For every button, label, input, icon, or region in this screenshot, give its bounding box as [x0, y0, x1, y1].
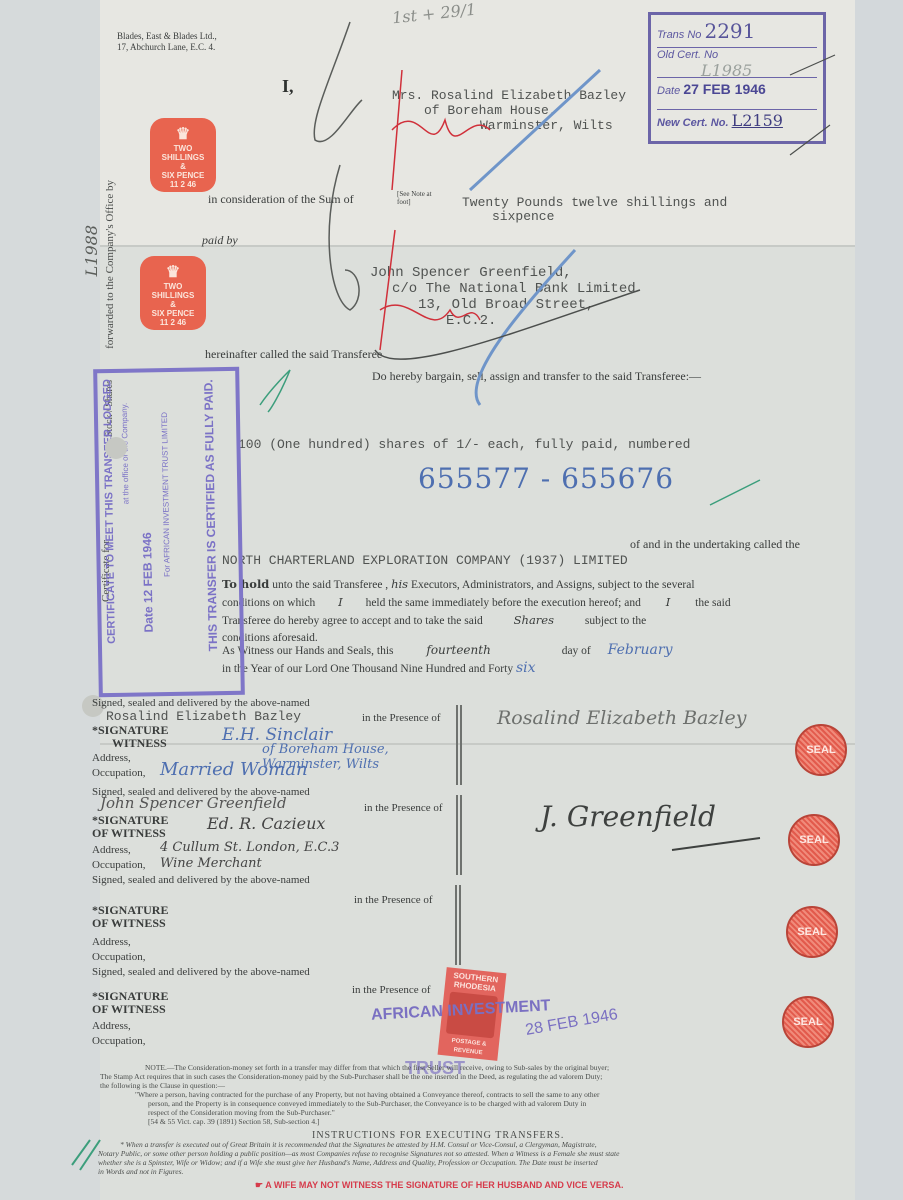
consideration-label: in consideration of the Sum of [208, 192, 354, 207]
column-divider [460, 795, 462, 875]
registration-date: 27 FEB 1946 [683, 81, 766, 97]
transferee-name: John Spencer Greenfield, [370, 265, 636, 281]
stamp-act-note: NOTE.—The Consideration-money set forth … [100, 1063, 830, 1126]
transferee-address2: 13, Old Broad Street, [370, 297, 636, 313]
registration-stamp: Trans No 2291 Old Cert. No L1985 Date 27… [648, 12, 826, 144]
instructions-l1: * When a transfer is executed out of Gre… [98, 1140, 828, 1149]
duty-stamp-line4: SIX PENCE [150, 171, 216, 180]
witness-label: WITNESS [92, 737, 168, 750]
occupation-label: Occupation, [92, 767, 145, 779]
seal-4: SEAL [782, 996, 834, 1048]
duty-stamp-line3: & [140, 300, 206, 309]
to-hold-text: held the same immediately before the exe… [366, 597, 641, 609]
paid-by-label: paid by [202, 233, 238, 248]
to-hold-text: the said [695, 597, 730, 609]
signed-label: Signed, sealed and delivered by the abov… [92, 697, 472, 709]
witness-label: OF WITNESS [92, 827, 168, 840]
note-p2: the following is the Clause in question:… [100, 1081, 830, 1090]
transferee-address3: E.C.2. [370, 313, 636, 329]
column-divider [456, 795, 458, 875]
duty-stamp-2: ♛ TWO SHILLINGS & SIX PENCE 11 2 46 [140, 256, 206, 330]
consideration-amount: Twenty Pounds twelve shillings and sixpe… [462, 196, 727, 224]
signature-block-1: Signed, sealed and delivered by the abov… [92, 697, 472, 709]
seal-3: SEAL [786, 906, 838, 958]
party-name: John Spencer Greenfield [100, 794, 287, 812]
duty-stamp-line2: SHILLINGS [140, 291, 206, 300]
signed-label: Signed, sealed and delivered by the abov… [92, 966, 310, 978]
note-q4: [54 & 55 Vict. cap. 39 (1891) Section 58… [100, 1117, 830, 1126]
witness-label: OF WITNESS [92, 1003, 168, 1016]
to-hold-line2: conditions on which I held the same imme… [222, 594, 822, 612]
date-row: Date 27 FEB 1946 [657, 81, 817, 110]
old-cert-label: Old Cert. No [657, 49, 817, 61]
duty-stamp-line1: TWO [140, 282, 206, 291]
hand-i: I [644, 595, 693, 609]
date-label: Date [657, 85, 680, 97]
address-label: Address, [92, 844, 131, 856]
cert-stamp-line4: For AFRICAN INVESTMENT TRUST LIMITED [160, 412, 172, 577]
presence-label: in the Presence of [352, 984, 431, 996]
presence-label: in the Presence of [362, 712, 441, 724]
certification-stamp: CERTIFICATE TO MEET THIS TRANSFER LODGED… [93, 367, 245, 697]
to-hold-line3: Transferee do hereby agree to accept and… [222, 612, 822, 630]
seal-1: SEAL [795, 724, 847, 776]
to-hold-paragraph: To hold unto the said Transferee , his E… [222, 576, 822, 647]
witness-text: day of [524, 645, 591, 657]
share-numbers: 655577 - 655676 [418, 462, 674, 495]
signed-label: Signed, sealed and delivered by the abov… [92, 874, 310, 886]
instructions-text: * When a transfer is executed out of Gre… [98, 1140, 828, 1176]
occupation-label: Occupation, [92, 951, 145, 963]
new-cert-label: New Cert. No. [657, 117, 729, 129]
column-divider [459, 885, 461, 965]
note-p1: The Stamp Act requires that in such case… [100, 1072, 830, 1081]
trans-no-value: 2291 [704, 19, 755, 43]
warning-line: ☛ A WIFE MAY NOT WITNESS THE SIGNATURE O… [255, 1180, 623, 1191]
hand-i: I [318, 595, 363, 609]
hand-day: fourteenth [396, 643, 520, 657]
old-cert-value: L1985 [701, 61, 752, 80]
shares-line: 100 (One hundred) shares of 1/- each, fu… [238, 437, 690, 452]
witness-clause: As Witness our Hands and Seals, this fou… [222, 642, 822, 678]
witness-line2: in the Year of our Lord One Thousand Nin… [222, 660, 822, 678]
column-divider [455, 885, 457, 965]
hand-his: his [391, 577, 408, 591]
hand-year: six [516, 660, 536, 676]
party-name: Rosalind Elizabeth Bazley [106, 709, 301, 724]
old-cert-row: Old Cert. No L1985 [657, 49, 817, 78]
duty-stamp-date: 11 2 46 [150, 180, 216, 189]
undertaking-text: of and in the undertaking called the [630, 537, 800, 552]
transferor-name: Mrs. Rosalind Elizabeth Bazley [392, 88, 626, 103]
pencil-ref: L1988 [82, 225, 101, 276]
witness-occupation: Married Woman [160, 759, 308, 780]
witness-text: in the Year of our Lord One Thousand Nin… [222, 663, 513, 675]
duty-stamp-line4: SIX PENCE [140, 309, 206, 318]
initial-mark: I, [282, 76, 294, 97]
to-hold-text: subject to the [585, 615, 646, 627]
transferor-block: Mrs. Rosalind Elizabeth Bazley of Boreha… [392, 88, 626, 133]
address-label: Address, [92, 1020, 131, 1032]
crown-icon: ♛ [150, 126, 216, 144]
fold-line [100, 743, 855, 745]
witness-signature: Ed. R. Cazieux [207, 814, 325, 833]
occupation-label: Occupation, [92, 859, 145, 871]
instructions-l4: in Words and not in Figures. [98, 1167, 828, 1176]
trans-no-label: Trans No [657, 29, 701, 41]
new-cert-row: New Cert. No. L2159 [657, 111, 817, 139]
duty-stamp-line3: & [150, 162, 216, 171]
duty-stamp-line2: SHILLINGS [150, 153, 216, 162]
address-label: Address, [92, 936, 131, 948]
company-name: NORTH CHARTERLAND EXPLORATION COMPANY (1… [222, 553, 628, 568]
cert-stamp-line1: CERTIFICATE TO MEET THIS TRANSFER LODGED [101, 379, 118, 644]
forwarded-label: forwarded to the Company's Office by [104, 180, 116, 349]
to-hold-text: Executors, Administrators, and Assigns, … [411, 579, 695, 591]
column-divider [456, 705, 458, 785]
hereinafter-text: hereinafter called the said Transferee [205, 347, 382, 362]
note-q2: person, and the Property is in consequen… [100, 1099, 830, 1108]
signature-block-2: Signed, sealed and delivered by the abov… [92, 786, 472, 798]
punch-hole [105, 437, 127, 459]
hand-shares: Shares [486, 613, 582, 627]
party-signature-2: J. Greenfield [540, 800, 716, 833]
to-hold-text: unto the said Transferee , [272, 579, 388, 591]
to-hold-line1: To hold unto the said Transferee , his E… [222, 576, 822, 594]
pointing-hand-icon: ☛ [255, 1180, 265, 1190]
transferee-block: John Spencer Greenfield, c/o The Nationa… [370, 265, 636, 329]
witness-address: 4 Cullum St. London, E.C.3 [160, 840, 339, 855]
new-cert-value: L2159 [732, 111, 783, 130]
see-note-bracket: [See Note at foot] [397, 190, 445, 206]
witness-occupation: Wine Merchant [160, 856, 262, 871]
cert-stamp-date: Date 12 FEB 1946 [140, 532, 156, 632]
column-divider [460, 705, 462, 785]
witness-label: OF WITNESS [92, 917, 168, 930]
presence-label: in the Presence of [364, 802, 443, 814]
transferee-address1: c/o The National Bank Limited [370, 281, 636, 297]
occupation-label: Occupation, [92, 1035, 145, 1047]
note-head: NOTE.—The Consideration-money set forth … [100, 1063, 830, 1072]
note-q1: "Where a person, having contracted for t… [100, 1090, 830, 1099]
address-label: Address, [92, 752, 131, 764]
to-hold-text: Transferee do hereby agree to accept and… [222, 615, 483, 627]
printer-line2: 17, Abchurch Lane, E.C. 4. [117, 42, 217, 53]
hereby-clause: Do hereby bargain, sell, assign and tran… [372, 369, 701, 384]
instructions-l3: whether she is a Spinster, Wife or Widow… [98, 1158, 828, 1167]
duty-stamp-date: 11 2 46 [140, 318, 206, 327]
cert-stamp-line5: THIS TRANSFER IS CERTIFIED AS FULLY PAID… [201, 379, 220, 651]
note-q3: respect of the Consideration moving from… [100, 1108, 830, 1117]
presence-label: in the Presence of [354, 894, 433, 906]
printer-line1: Blades, East & Blades Ltd., [117, 31, 217, 42]
warning-text: A WIFE MAY NOT WITNESS THE SIGNATURE OF … [265, 1180, 623, 1190]
trans-no-row: Trans No 2291 [657, 19, 817, 48]
witness-line1: As Witness our Hands and Seals, this fou… [222, 642, 822, 660]
amount-line1: Twenty Pounds twelve shillings and [462, 196, 727, 210]
hand-month: February [594, 642, 673, 658]
printer-imprint: Blades, East & Blades Ltd., 17, Abchurch… [117, 31, 217, 53]
crown-icon: ♛ [140, 264, 206, 282]
amount-line2: sixpence [462, 210, 727, 224]
witness-text: As Witness our Hands and Seals, this [222, 645, 394, 657]
seal-2: SEAL [788, 814, 840, 866]
duty-stamp-line1: TWO [150, 144, 216, 153]
party-signature-1: Rosalind Elizabeth Bazley [497, 707, 746, 729]
duty-stamp-1: ♛ TWO SHILLINGS & SIX PENCE 11 2 46 [150, 118, 216, 192]
instructions-l2: Notary Public, or some other person hold… [98, 1149, 828, 1158]
transferor-address1: of Boreham House, [392, 103, 626, 118]
transferor-address2: Warminster, Wilts [392, 118, 626, 133]
